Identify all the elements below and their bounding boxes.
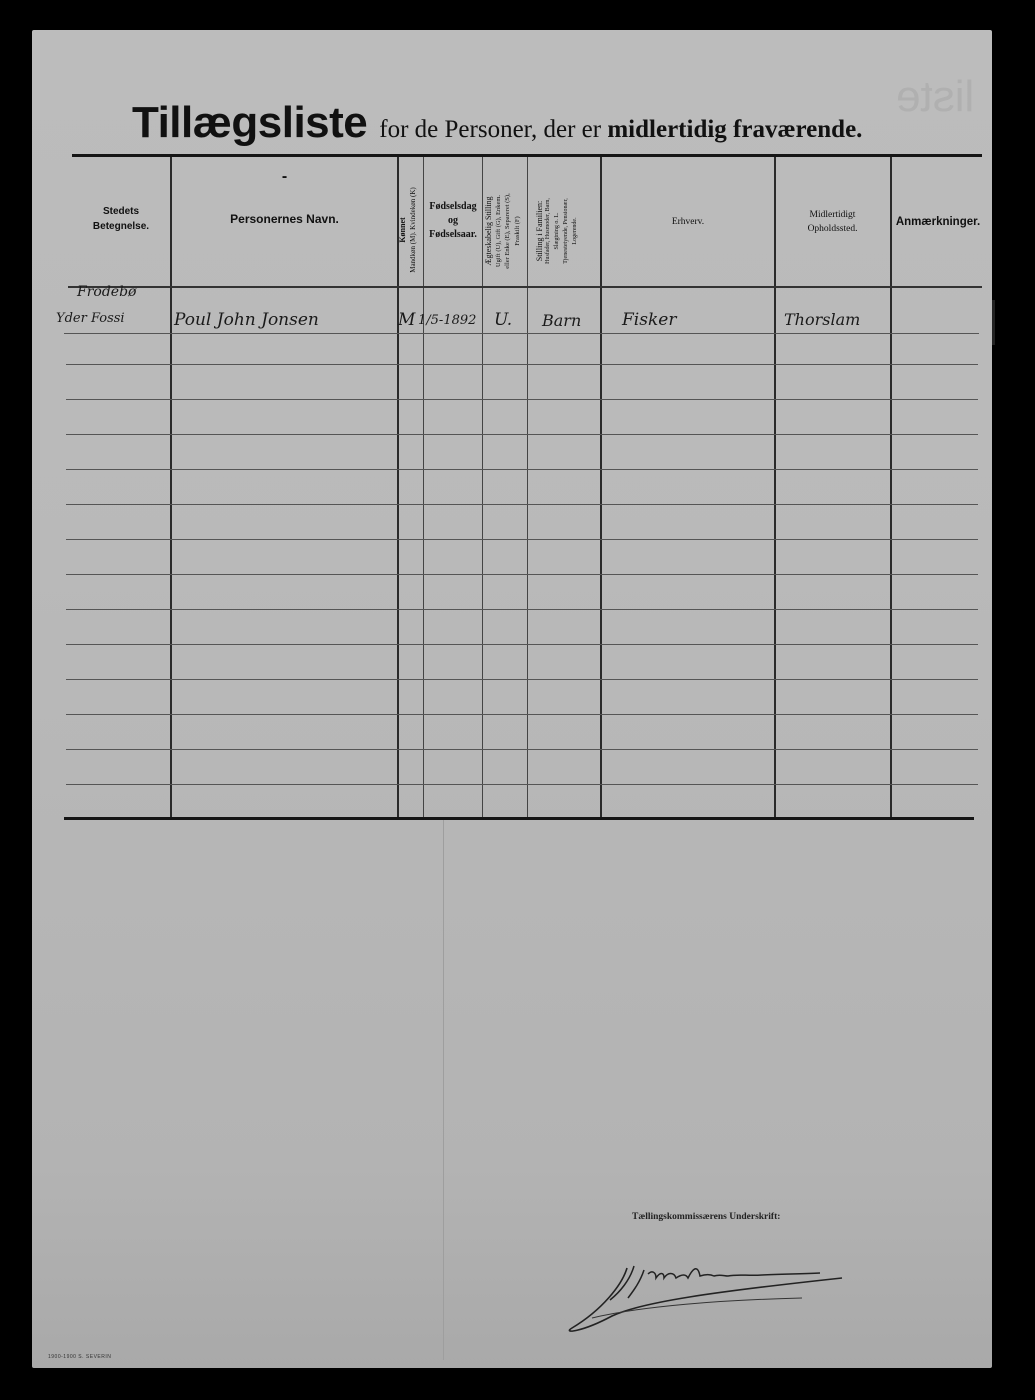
printer-mark: 1900-1900 S. SEVERIN	[48, 1354, 111, 1360]
header-erhverv: Erhverv.	[602, 217, 774, 227]
cell-stedets-line1: Frodebø	[77, 284, 136, 300]
row-line	[66, 504, 978, 505]
census-form-page: liste Tillægsliste for de Personer, der …	[32, 30, 992, 1368]
row-line	[66, 364, 978, 365]
row-line	[66, 679, 978, 680]
header-anmaerkninger: Anmærkninger.	[890, 216, 986, 228]
cell-opholdssted: Thorslam	[784, 310, 860, 329]
page-edge-tab	[992, 300, 995, 345]
cell-fodsel: 1/5-1892	[418, 313, 476, 328]
header-opholdssted: Midlertidigt Opholdssted.	[775, 208, 890, 236]
col-divider-6	[600, 157, 602, 817]
row-line	[66, 469, 978, 470]
row-line	[66, 539, 978, 540]
row-line	[64, 333, 979, 334]
col-divider-4	[482, 157, 483, 817]
col-divider-1	[170, 157, 172, 817]
col-divider-5	[527, 157, 528, 817]
header-kjonnet: Kønnet Mandkøn (M). Kvindekøn (K)	[398, 168, 422, 292]
col-divider-3	[423, 157, 424, 817]
header-familie: Stilling i Familien: Husfader, Husmoder,…	[535, 169, 593, 293]
row-line	[66, 749, 978, 750]
table-bottom-rule	[64, 817, 974, 820]
row-line	[66, 434, 978, 435]
center-fold	[443, 820, 444, 1360]
signature-scrawl-icon	[552, 1240, 852, 1340]
header-aegteskab: Ægteskabelig Stilling Ugift (U), Gift (G…	[484, 169, 524, 293]
cell-navn: Poul John Jonsen	[174, 310, 319, 330]
header-dash-mark: -	[172, 168, 397, 186]
col-divider-7	[774, 157, 776, 817]
showthrough-text: liste	[896, 72, 974, 122]
row-line	[66, 609, 978, 610]
row-line	[66, 784, 978, 785]
header-navn: Personernes Navn.	[172, 212, 397, 226]
title-main: Tillægsliste	[132, 98, 367, 147]
cell-familie: Barn	[542, 311, 581, 330]
col-divider-8	[890, 157, 892, 817]
signature	[552, 1240, 852, 1345]
header-stedets: Stedets Betegnelse.	[72, 204, 170, 234]
cell-stedets-line2: Yder Fossi	[56, 311, 125, 326]
cell-kjonnet: M	[398, 310, 415, 330]
row-line	[66, 714, 978, 715]
row-line	[66, 574, 978, 575]
row-line	[66, 644, 978, 645]
signature-label: Tællingskommissærens Underskrift:	[632, 1212, 780, 1222]
cell-aegteskab: U.	[494, 310, 512, 330]
cell-erhverv: Fisker	[622, 310, 676, 330]
row-line	[66, 399, 978, 400]
header-bottom-rule	[68, 286, 982, 288]
title-subtitle: for de Personer, der er midlertidig frav…	[379, 116, 862, 143]
form-title: Tillægsliste for de Personer, der er mid…	[132, 98, 862, 148]
header-fodsel: Fødselsdag og Fødselsaar.	[424, 200, 482, 242]
